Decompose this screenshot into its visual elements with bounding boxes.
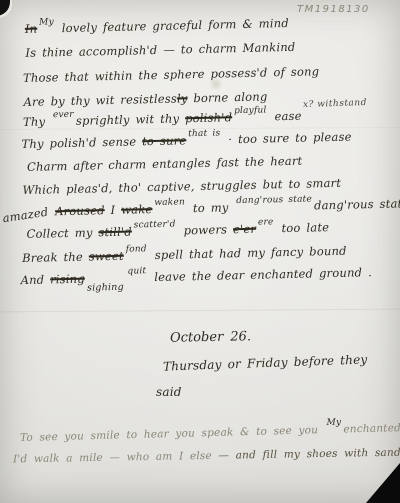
manuscript-line: InMy lovely feature graceful form & mind [25, 18, 289, 36]
text-segment: to my [187, 200, 235, 215]
text-segment: · too sure to please [222, 130, 351, 147]
text-segment: polish'd [185, 110, 232, 125]
text-segment: Are by thy wit resistless [23, 91, 177, 108]
text-segment: Is thine accomplish'd — to charm Mankind [25, 40, 295, 60]
text-segment: Thy polish'd sense [21, 134, 142, 151]
date-line: October 26. [170, 329, 251, 345]
text-segment: My [326, 419, 341, 428]
manuscript-line: Is thine accomplish'd — to charm Mankind [25, 42, 295, 60]
manuscript-line: Thy polish'd sense to surethat is · too … [21, 132, 351, 151]
text-segment: sprightly wit thy [76, 111, 186, 127]
manuscript-photo: TM1918130 InMy lovely feature graceful f… [0, 0, 400, 503]
manuscript-line: And risingsighingquit leave the dear enc… [20, 267, 372, 287]
text-segment: ever [53, 111, 74, 120]
text-segment: dang'rous state [236, 195, 312, 206]
text-segment: enchanted [343, 422, 400, 436]
text-segment: too late [276, 220, 330, 235]
text-segment: Aroused [55, 203, 105, 218]
manuscript-line: Break the sweetfond spell that had my fa… [22, 246, 347, 265]
text-segment: sighing [87, 283, 124, 293]
text-segment: scatter'd [134, 221, 176, 231]
text-segment: Which pleas'd, tho' captive, struggles b… [22, 176, 341, 197]
text-segment: that is [188, 130, 220, 140]
photo-background-corner [366, 463, 400, 503]
manuscript-line: Those that within the sphere possess'd o… [23, 66, 319, 84]
text-segment: ere [258, 218, 274, 227]
text-segment: My [39, 18, 54, 27]
text-segment: wake [121, 202, 153, 217]
text-segment: playful [234, 106, 267, 116]
text-segment: I [105, 203, 122, 217]
text-segment: ly [177, 91, 188, 105]
text-segment: quit [127, 267, 146, 276]
text-segment: Charm after charm entangles fast the hea… [27, 154, 303, 174]
memo-line: said [156, 386, 182, 398]
text-segment: dang'rous state [314, 196, 400, 212]
text-segment: still'd [98, 225, 132, 240]
text-segment: e'er [233, 222, 256, 237]
manuscript-line: Which pleas'd, tho' captive, struggles b… [22, 178, 341, 197]
text-segment: sweet [89, 249, 124, 264]
text-segment: Break the [22, 250, 89, 266]
text-segment: ease [268, 109, 301, 124]
text-segment: leave the dear enchanted ground . [148, 265, 372, 284]
text-segment: rising [50, 272, 85, 287]
text-segment: And [20, 272, 50, 287]
text-segment: borne along [187, 89, 267, 105]
manuscript-line: Collect my still'dscatter'd powers e'ere… [26, 222, 329, 241]
text-segment: to sure [142, 133, 187, 148]
manuscript-line: amazedAroused I wakewaken to my dang'rou… [2, 198, 400, 219]
text-segment: powers [178, 222, 234, 237]
text-segment: fond [126, 245, 147, 254]
text-segment: waken [154, 198, 185, 208]
manuscript-page: TM1918130 InMy lovely feature graceful f… [0, 0, 400, 503]
text-segment: amazed [2, 207, 49, 225]
text-segment: spell that had my fancy bound [149, 244, 347, 262]
text-segment: Thy [23, 114, 51, 129]
text-segment: Those that within the sphere possess'd o… [23, 64, 319, 85]
text-segment: In [25, 22, 38, 36]
text-segment: Collect my [26, 225, 98, 241]
manuscript-line: Are by thy wit resistlessly borne along [23, 91, 267, 108]
text-segment: lovely feature graceful form & mind [56, 16, 289, 35]
manuscript-line: Thy eversprightly wit thy polish'dplayfu… [23, 111, 302, 129]
manuscript-line: Charm after charm entangles fast the hea… [27, 156, 303, 174]
